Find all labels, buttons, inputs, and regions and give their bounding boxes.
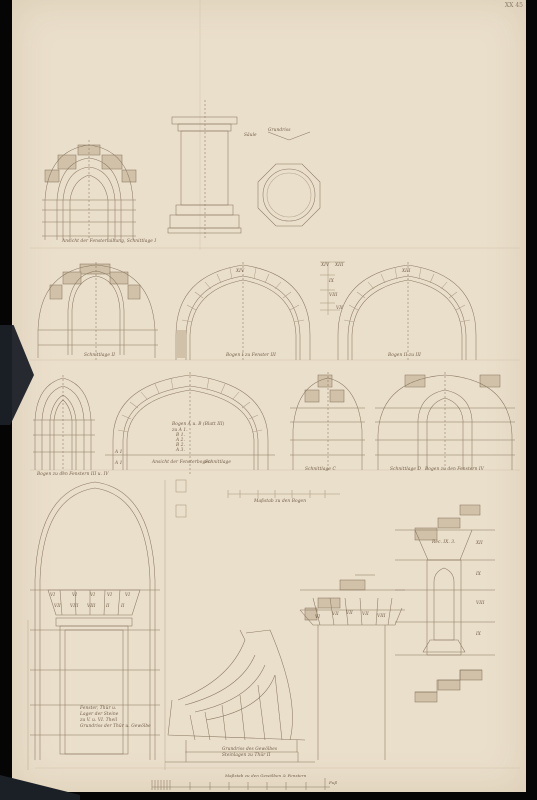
portal-mark-bottom-4: II (121, 604, 125, 609)
keystone-mark-mid: XIV (236, 269, 244, 274)
caption-row2-mid-arch: Bogen I zu Fenster III (226, 353, 276, 358)
caption-row3-big-arch-right: Schnittlage (205, 460, 231, 465)
springer-mark-upper: A 1 (115, 450, 123, 455)
portal-mark-top-2: VI (90, 593, 95, 598)
caption-row3-section-d-right: Bogen zu den Fenstern IV (425, 467, 484, 472)
fig-vault-fan (165, 630, 315, 762)
keystone-mark-right: XIII (402, 269, 411, 274)
portal-note-0: Fenster, Thür u. (80, 706, 116, 711)
caption-row3-big-arch: Ansicht der Fensterbogen (152, 460, 211, 465)
caption-column: Säule (244, 133, 257, 138)
architectural-drawing (0, 0, 537, 800)
schedule-row-2: IX (329, 279, 334, 284)
portal-mark-bottom-3: II (106, 604, 110, 609)
niche-mark-2: VIII (476, 601, 485, 606)
portal-mark-top-4: VI (125, 593, 130, 598)
note-line-4: A 3. (176, 448, 185, 453)
fig-column (168, 100, 241, 240)
portal-mark-top-3: VI (107, 593, 112, 598)
fig-row3-section-d (375, 372, 515, 472)
fig-row2-mid-arch (176, 262, 310, 362)
portal-mark-top-0: VI (50, 593, 55, 598)
niche-mark-3: IX (476, 632, 481, 637)
caption-row2-left: Schnittlage II (84, 353, 115, 358)
schedule-row-4: VII (336, 306, 343, 311)
fig-scale-bottom (152, 778, 330, 790)
caption-row3-section-d: Schnittlage D (390, 467, 421, 472)
voussoir-mark-2: VII (346, 611, 353, 616)
caption-top-left-arch: Ansicht der Fensterlaibung, Schnittlage … (62, 239, 156, 244)
fig-octagon-plan (258, 132, 320, 226)
caption-scale-bottom: Maßstab zu den Gewölben & Fenstern (225, 773, 306, 778)
portal-note-2: zu V. u. VI. Theil (80, 718, 117, 723)
voussoir-mark-1: VII (332, 612, 339, 617)
caption-octagon-plan: Grundriss (268, 128, 291, 133)
portal-note-3: Grundriss der Thür u. Gewölbe (80, 724, 151, 729)
caption-scale-small: Maßstab zu den Bogen (254, 499, 306, 504)
portal-mark-top-1: VI (72, 593, 77, 598)
caption-row3-section-c: Schnittlage C (305, 467, 336, 472)
portal-note-1: Lager der Steine (80, 712, 118, 717)
fig-top-left-arch (42, 140, 136, 240)
niche-mark-0: XII (476, 541, 483, 546)
caption-row2-right-arch: Bogen II zu III (388, 353, 421, 358)
voussoir-mark-0: VI (315, 615, 320, 620)
voussoir-mark-3: VII (362, 612, 369, 617)
note-title-big-arch: Bogen A u. B (Blatt III) (172, 422, 224, 427)
fig-arch-voussoirs (300, 575, 405, 760)
portal-mark-bottom-2: VIII (87, 604, 96, 609)
schedule-row-1: XIII (335, 263, 344, 268)
schedule-row-0: XIV (321, 263, 329, 268)
fig-row3-window (33, 375, 95, 475)
schedule-row-3: VIII (329, 293, 338, 298)
fig-row2-left (38, 262, 158, 360)
caption-row3-window: Bogen zu den Fenstern III u. IV (37, 472, 109, 477)
portal-mark-bottom-1: VIII (70, 604, 79, 609)
niche-inner-label: Rec. IX. 3. (432, 540, 456, 545)
fig-row2-right-arch (338, 262, 476, 362)
vault-caption-1: Steinlagen zu Thür II (222, 753, 270, 758)
springer-mark-lower: A 1 (115, 461, 123, 466)
fig-row3-section-c (290, 372, 365, 472)
portal-mark-bottom-0: VII (54, 604, 61, 609)
scale-unit: Fuß (329, 780, 337, 785)
voussoir-mark-4: VIII (377, 614, 386, 619)
vault-caption-0: Grundriss des Gewölbes (222, 747, 277, 752)
niche-mark-1: IX (476, 572, 481, 577)
